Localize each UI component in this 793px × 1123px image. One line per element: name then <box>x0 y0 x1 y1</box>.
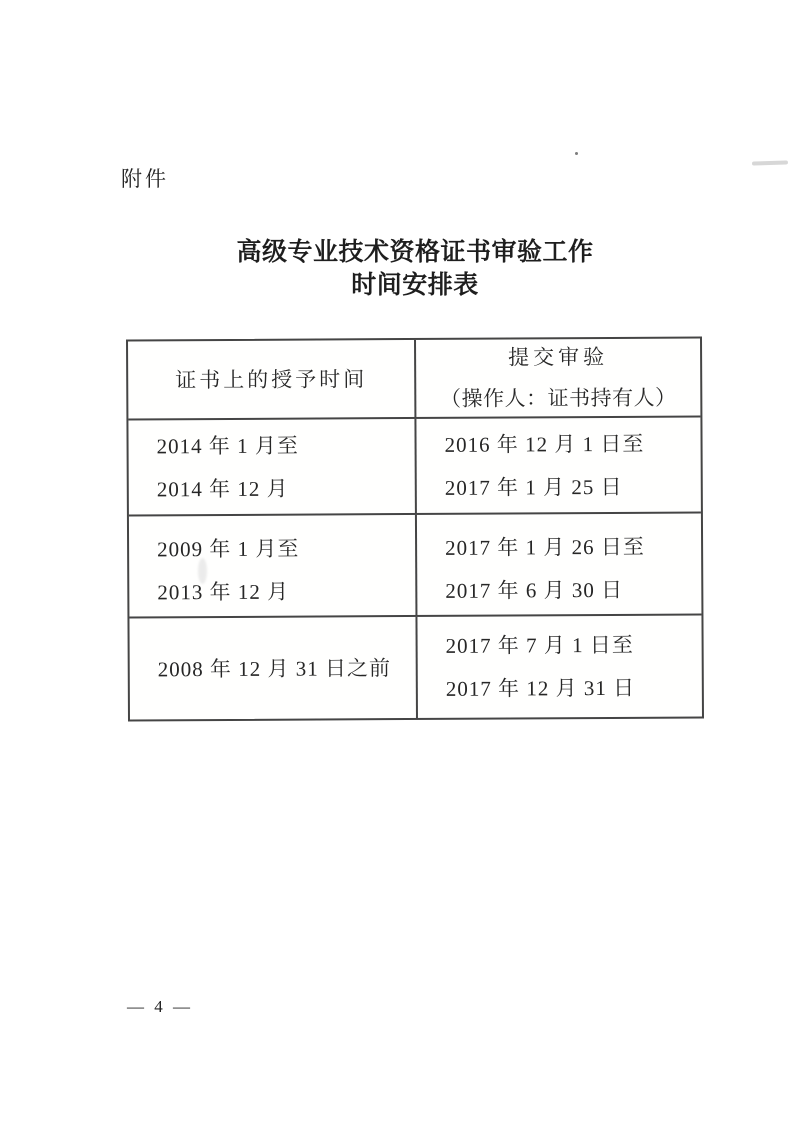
grant-period-1-line1: 2014 年 1 月至 <box>156 432 414 459</box>
table-row: 2014 年 1 月至 2014 年 12 月 2016 年 12 月 1 日至… <box>128 416 700 515</box>
table-row: 2008 年 12 月 31 日之前 2017 年 7 月 1 日至 2017 … <box>129 614 702 720</box>
grant-period-cell-2: 2009 年 1 月至 2013 年 12 月 <box>129 515 418 617</box>
table-header-grant-time: 证书上的授予时间 <box>128 340 416 419</box>
document-title: 高级专业技术资格证书审验工作 时间安排表 <box>127 236 703 302</box>
scan-artifact-dash <box>752 160 788 165</box>
scan-artifact-dot <box>575 152 578 155</box>
table-header-submit-line2: （操作人：证书持有人） <box>440 385 677 412</box>
grant-period-1-line2: 2014 年 12 月 <box>157 475 415 502</box>
grant-period-2-line1: 2009 年 1 月至 <box>157 534 415 561</box>
schedule-table: 证书上的授予时间 提交审验 （操作人：证书持有人） 2014 年 1 月至 20… <box>126 336 704 721</box>
submit-period-3-line2: 2017 年 12 月 31 日 <box>446 675 702 702</box>
table-header-submit-line1: 提交审验 <box>508 344 608 371</box>
grant-period-cell-1: 2014 年 1 月至 2014 年 12 月 <box>128 419 416 515</box>
submit-period-cell-2: 2017 年 1 月 26 日至 2017 年 6 月 30 日 <box>417 514 702 615</box>
table-header-row: 证书上的授予时间 提交审验 （操作人：证书持有人） <box>128 339 700 419</box>
table-row: 2009 年 1 月至 2013 年 12 月 2017 年 1 月 26 日至… <box>129 512 702 617</box>
attachment-label: 附件 <box>121 163 169 193</box>
grant-period-cell-3: 2008 年 12 月 31 日之前 <box>129 617 418 720</box>
page-number: — 4 — <box>127 997 193 1017</box>
submit-period-1-line2: 2017 年 1 月 25 日 <box>445 473 701 500</box>
document-title-line2: 时间安排表 <box>127 269 703 302</box>
submit-period-2-line1: 2017 年 1 月 26 日至 <box>445 533 701 560</box>
table-header-submit: 提交审验 （操作人：证书持有人） <box>416 339 700 417</box>
submit-period-1-line1: 2016 年 12 月 1 日至 <box>444 430 700 457</box>
grant-period-3-line1: 2008 年 12 月 31 日之前 <box>158 654 416 681</box>
submit-period-2-line2: 2017 年 6 月 30 日 <box>445 576 701 603</box>
submit-period-cell-1: 2016 年 12 月 1 日至 2017 年 1 月 25 日 <box>416 418 700 513</box>
submit-period-3-line1: 2017 年 7 月 1 日至 <box>446 632 702 659</box>
submit-period-cell-3: 2017 年 7 月 1 日至 2017 年 12 月 31 日 <box>417 616 702 718</box>
scanned-document-page: 附件 高级专业技术资格证书审验工作 时间安排表 证书上的授予时间 提交审验 （操… <box>0 0 793 1123</box>
table-header-grant-time-label: 证书上的授予时间 <box>175 366 367 393</box>
scan-artifact-smudge <box>198 558 207 584</box>
grant-period-2-line2: 2013 年 12 月 <box>157 577 415 604</box>
document-title-line1: 高级专业技术资格证书审验工作 <box>127 236 703 269</box>
